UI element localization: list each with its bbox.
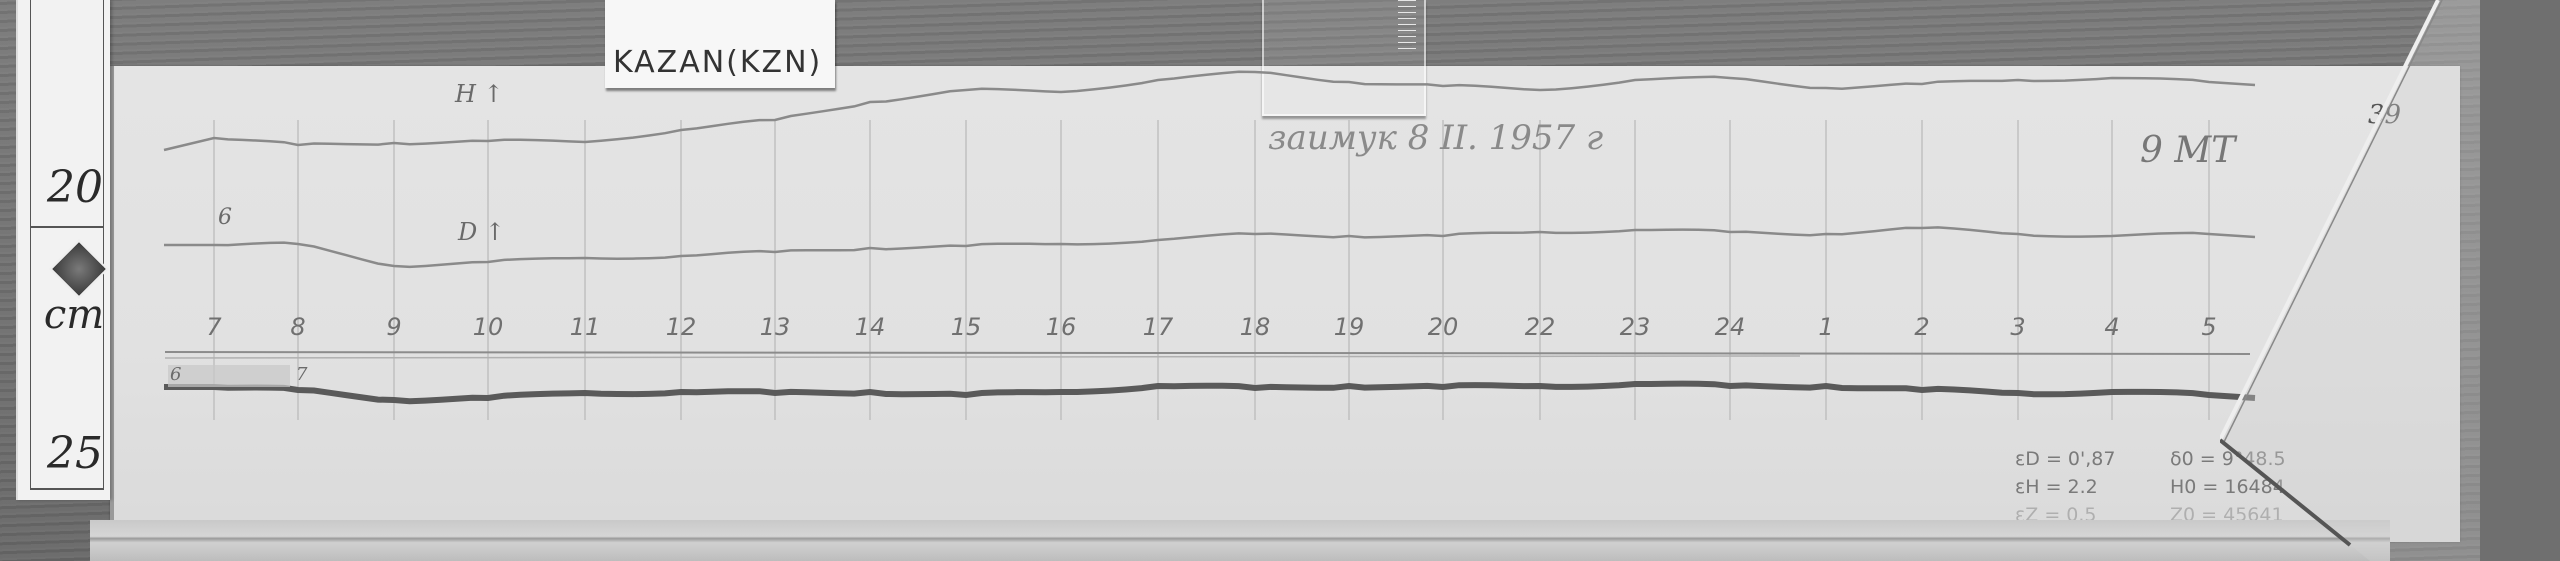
hour-label: 22	[1525, 313, 1556, 341]
hour-label: 2	[1914, 313, 1929, 341]
hour-label: 12	[666, 313, 697, 341]
d-trace-label: D ↑	[458, 218, 505, 246]
hour-label: 7	[206, 313, 221, 341]
hour-label: 17	[1143, 313, 1174, 341]
baseline-trace	[165, 352, 2250, 354]
scale-note: εH = 2.2	[2015, 476, 2115, 498]
trace-z	[164, 384, 2255, 402]
baseline-marker-7: 7	[296, 364, 307, 385]
hour-label: 4	[2104, 313, 2119, 341]
bottom-glass-edge	[90, 520, 2390, 561]
date-note: заимук 8 II. 1957 г	[1268, 118, 1603, 158]
hour-label: 16	[1046, 313, 1077, 341]
hour-label: 3	[2010, 313, 2025, 341]
d-trace-marker: 6	[218, 205, 232, 230]
hour-label: 23	[1620, 313, 1651, 341]
hour-tick-lines	[214, 120, 2209, 420]
h-trace-label: H ↑	[455, 80, 504, 108]
hour-label: 8	[290, 313, 305, 341]
hour-label: 11	[570, 313, 601, 341]
hour-label: 20	[1428, 313, 1459, 341]
hour-label: 15	[951, 313, 982, 341]
hour-label: 14	[855, 313, 886, 341]
baseline-trace-2	[165, 356, 1800, 358]
hour-label: 10	[473, 313, 504, 341]
corner-glass-plate	[2220, 0, 2560, 561]
hour-label: 19	[1334, 313, 1365, 341]
baseline-gap-patch	[168, 365, 290, 387]
scale-note: εD = 0',87	[2015, 448, 2115, 470]
scale-notes-left: εD = 0',87 εH = 2.2 εZ = 0.5	[2015, 448, 2115, 526]
hour-label: 18	[1240, 313, 1271, 341]
hour-label: 9	[386, 313, 401, 341]
hour-label: 24	[1715, 313, 1746, 341]
hour-label: 13	[760, 313, 791, 341]
hour-label: 1	[1818, 313, 1833, 341]
hour-label: 5	[2201, 313, 2216, 341]
baseline-marker-6: 6	[170, 364, 181, 385]
